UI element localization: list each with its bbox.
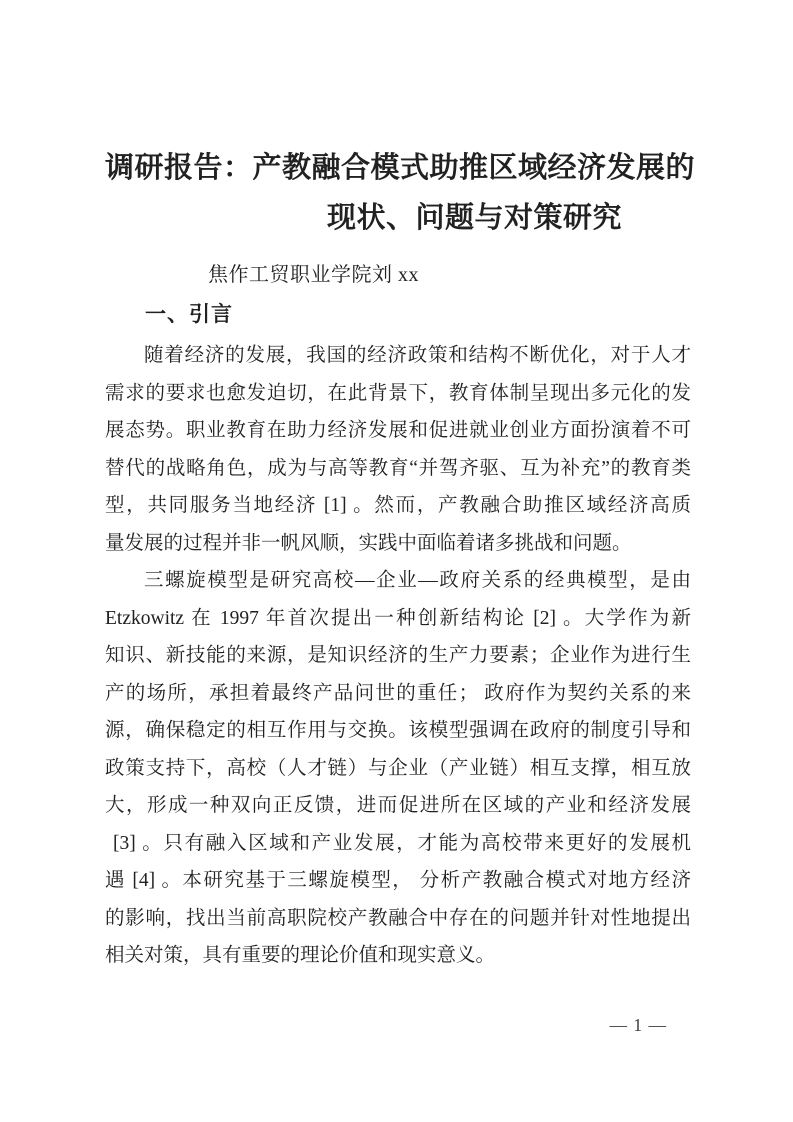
body-line: 需求的要求也愈发迫切，在此背景下，教育体制呈现出多元化的发 [105, 375, 691, 413]
body-line: 的影响，找出当前高职院校产教融合中存在的问题并针对性地提出 [105, 900, 691, 938]
body-line: 大，形成一种双向正反馈，进而促进所在区域的产业和经济发展 [105, 787, 691, 825]
body-text: 随着经济的发展，我国的经济政策和结构不断优化，对于人才 需求的要求也愈发迫切，在… [105, 337, 691, 975]
body-line: [3] 。只有融入区域和产业发展，才能为高校带来更好的发展机 [105, 825, 691, 863]
body-line: 遇 [4] 。本研究基于三螺旋模型， 分析产教融合模式对地方经济 [105, 862, 691, 900]
report-title: 调研报告：产教融合模式助推区域经济发展的 现状、问题与对策研究 [105, 143, 691, 243]
body-line: 相关对策，具有重要的理论价值和现实意义。 [105, 937, 691, 975]
body-line: 量发展的过程并非一帆风顺，实践中面临着诸多挑战和问题。 [105, 525, 691, 563]
body-line: 产的场所，承担着最终产品问世的重任； 政府作为契约关系的来 [105, 675, 691, 713]
document-page: 调研报告：产教融合模式助推区域经济发展的 现状、问题与对策研究 焦作工贸职业学院… [0, 0, 793, 1122]
body-line: 知识、新技能的来源，是知识经济的生产力要素；企业作为进行生 [105, 637, 691, 675]
page-number: — 1 — [105, 1012, 667, 1038]
body-line: 源，确保稳定的相互作用与交换。该模型强调在政府的制度引导和 [105, 712, 691, 750]
author-line: 焦作工贸职业学院刘 xx [208, 262, 419, 288]
body-line: 展态势。职业教育在助力经济发展和促进就业创业方面扮演着不可 [105, 412, 691, 450]
body-line: 随着经济的发展，我国的经济政策和结构不断优化，对于人才 [105, 337, 691, 375]
paragraph-1: 随着经济的发展，我国的经济政策和结构不断优化，对于人才 需求的要求也愈发迫切，在… [105, 337, 691, 562]
report-title-line-1: 调研报告：产教融合模式助推区域经济发展的 [105, 143, 691, 193]
body-line: 替代的战略角色，成为与高等教育“并驾齐驱、互为补充”的教育类 [105, 450, 691, 488]
body-line: 政策支持下，高校（人才链）与企业（产业链）相互支撑，相互放 [105, 750, 691, 788]
report-title-line-2: 现状、问题与对策研究 [327, 193, 691, 243]
section-heading-introduction: 一、引言 [145, 301, 233, 327]
body-line: 型，共同服务当地经济 [1] 。然而，产教融合助推区域经济高质 [105, 487, 691, 525]
paragraph-2: 三螺旋模型是研究高校—企业—政府关系的经典模型，是由 Etzkowitz 在 1… [105, 562, 691, 975]
body-line: Etzkowitz 在 1997 年首次提出一种创新结构论 [2] 。大学作为新 [105, 600, 691, 638]
body-line: 三螺旋模型是研究高校—企业—政府关系的经典模型，是由 [105, 562, 691, 600]
